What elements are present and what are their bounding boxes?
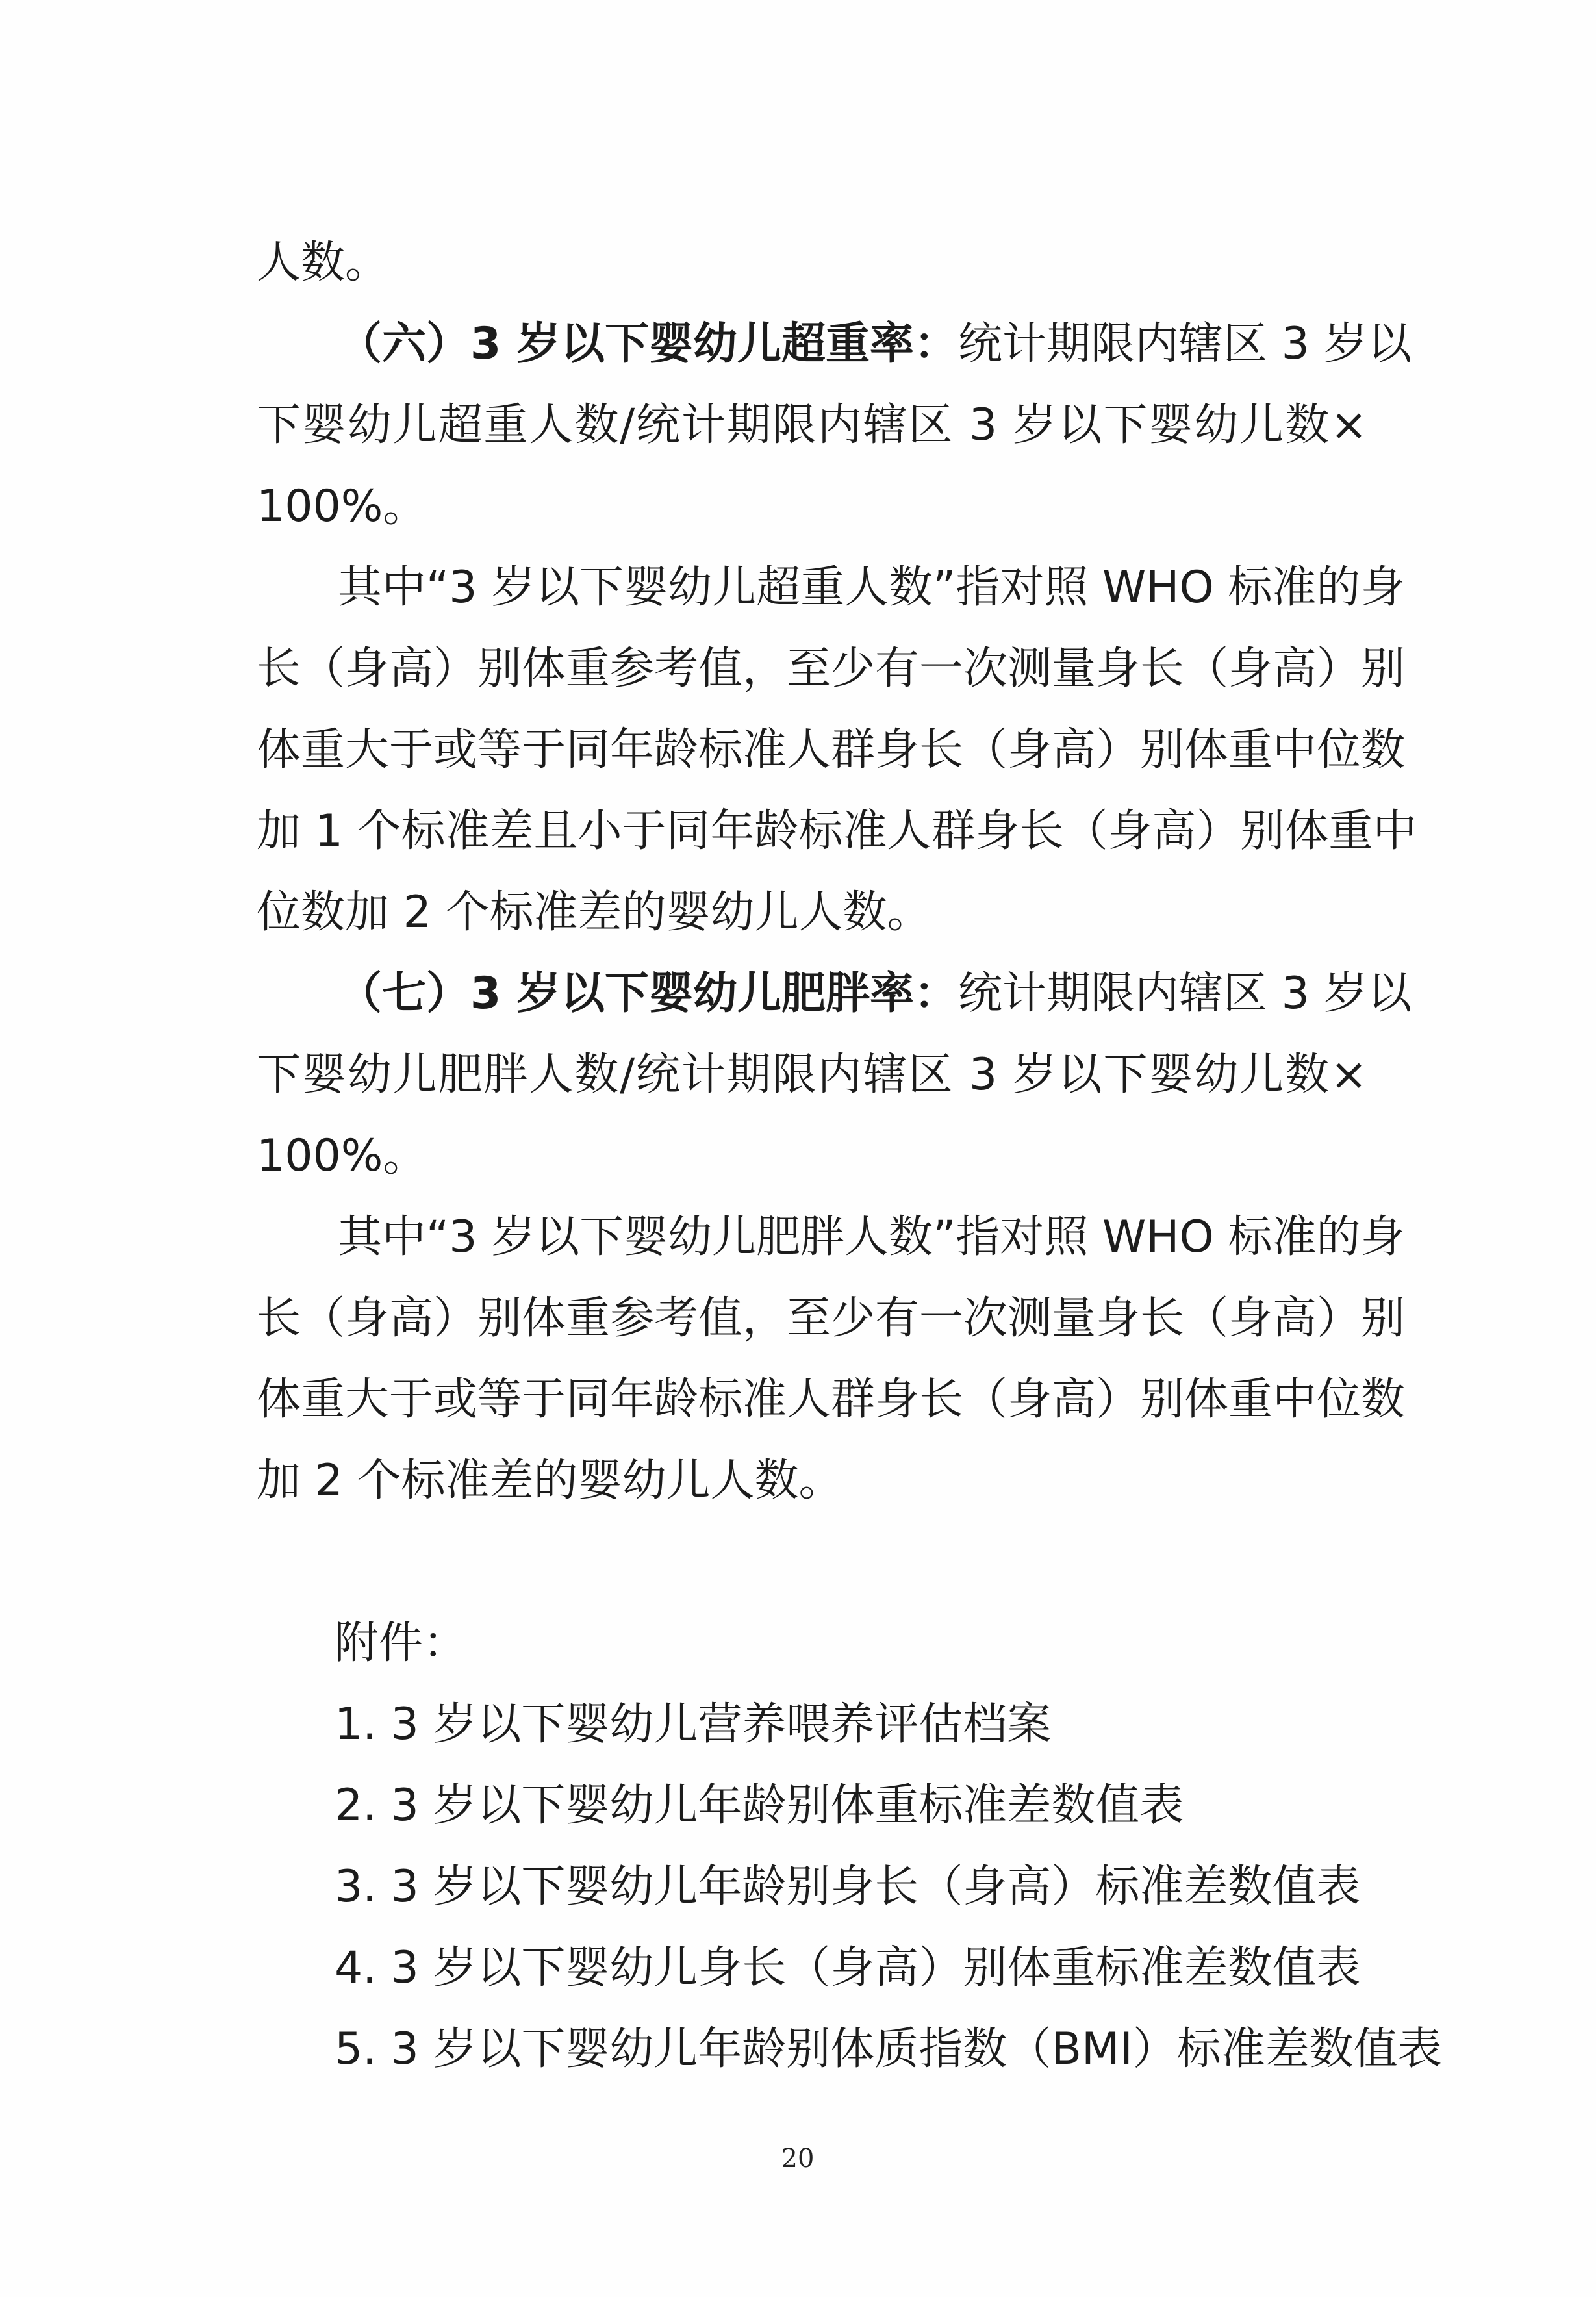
attachment-item: 2. 3 岁以下婴幼儿年龄别体重标准差数值表 bbox=[335, 1770, 1387, 1842]
section-7-definition-line: 其中“3 岁以下婴幼儿肥胖人数”指对照 WHO 标准的身 bbox=[338, 1202, 1367, 1273]
section-6-heading: （六）3 岁以下婴幼儿超重率： bbox=[338, 318, 958, 370]
section-6-formula-end: 100%。 bbox=[257, 471, 1367, 542]
attachment-item: 4. 3 岁以下婴幼儿身长（身高）别体重标准差数值表 bbox=[335, 1933, 1387, 2004]
section-7-definition-line: 体重大于或等于同年龄标准人群身长（身高）别体重中位数 bbox=[257, 1364, 1367, 1436]
section-6-definition-line: 加 1 个标准差且小于同年龄标准人群身长（身高）别体重中 bbox=[257, 796, 1367, 867]
section-7-formula-line: 下婴幼儿肥胖人数/统计期限内辖区 3 岁以下婴幼儿数× bbox=[257, 1039, 1367, 1111]
section-6-definition-line: 位数加 2 个标准差的婴幼儿人数。 bbox=[257, 877, 1367, 948]
section-7-heading: （七）3 岁以下婴幼儿肥胖率： bbox=[338, 968, 958, 1019]
page-number: 20 bbox=[765, 2144, 830, 2174]
section-6-formula-line: 下婴幼儿超重人数/统计期限内辖区 3 岁以下婴幼儿数× bbox=[257, 390, 1367, 461]
section-6-definition-line: 长（身高）别体重参考值，至少有一次测量身长（身高）别 bbox=[257, 633, 1367, 705]
section-7-formula-end: 100%。 bbox=[257, 1121, 1367, 1192]
attachment-item: 3. 3 岁以下婴幼儿年龄别身长（身高）标准差数值表 bbox=[335, 1851, 1387, 1923]
attachment-item: 5. 3 岁以下婴幼儿年龄别体质指数（BMI）标准差数值表 bbox=[335, 2014, 1387, 2085]
section-6-definition-line: 体重大于或等于同年龄标准人群身长（身高）别体重中位数 bbox=[257, 715, 1367, 786]
paragraph-continuation: 人数。 bbox=[257, 227, 1367, 299]
section-7-definition-line: 长（身高）别体重参考值，至少有一次测量身长（身高）别 bbox=[257, 1283, 1367, 1354]
section-6-formula-start: 统计期限内辖区 3 岁以 bbox=[958, 318, 1412, 370]
section-7-definition-line: 加 2 个标准差的婴幼儿人数。 bbox=[257, 1445, 1367, 1517]
section-6-first-line: （六）3 岁以下婴幼儿超重率：统计期限内辖区 3 岁以 bbox=[338, 309, 1367, 380]
attachments-label: 附件： bbox=[335, 1608, 1387, 1679]
section-6-definition-line: 其中“3 岁以下婴幼儿超重人数”指对照 WHO 标准的身 bbox=[338, 552, 1367, 624]
section-7-first-line: （七）3 岁以下婴幼儿肥胖率：统计期限内辖区 3 岁以 bbox=[338, 958, 1367, 1030]
attachment-item: 1. 3 岁以下婴幼儿营养喂养评估档案 bbox=[335, 1689, 1387, 1760]
section-7-formula-start: 统计期限内辖区 3 岁以 bbox=[958, 968, 1412, 1019]
document-page: 人数。 （六）3 岁以下婴幼儿超重率：统计期限内辖区 3 岁以 下婴幼儿超重人数… bbox=[0, 0, 1596, 2297]
